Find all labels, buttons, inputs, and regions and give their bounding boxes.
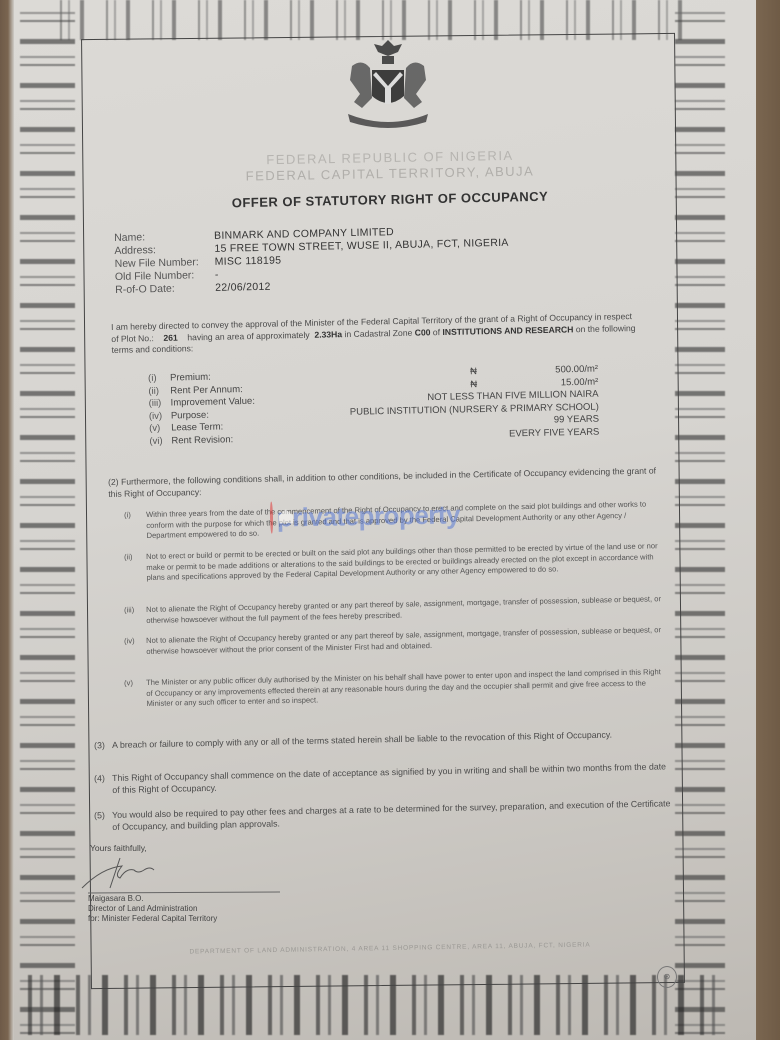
coat-of-arms-icon xyxy=(338,36,438,132)
sub-condition: (ii)Not to erect or build or permit to b… xyxy=(146,541,667,583)
footer-address: DEPARTMENT OF LAND ADMINISTRATION, 4 ARE… xyxy=(180,941,600,955)
terms-list: (i)Premium:₦500.00/m² (ii)Rent Per Annum… xyxy=(148,364,599,448)
document-title: OFFER OF STATUTORY RIGHT OF OCCUPANCY xyxy=(200,188,580,211)
condition-5: (5)You would also be required to pay oth… xyxy=(112,798,672,833)
intro-paragraph: I am hereby directed to convey the appro… xyxy=(111,311,642,357)
plot-number: 261 xyxy=(163,332,178,342)
condition-3: (3)A breach or failure to comply with an… xyxy=(112,728,672,751)
house-logo-icon xyxy=(270,502,273,534)
condition-4: (4)This Right of Occupancy shall commenc… xyxy=(112,761,672,796)
signer-for: for: Minister Federal Capital Territory xyxy=(88,914,217,924)
seal-icon: ⊛ xyxy=(657,966,677,988)
district: INSTITUTIONS AND RESEARCH xyxy=(442,324,573,337)
document-content: FEDERAL REPUBLIC OF NIGERIA FEDERAL CAPI… xyxy=(0,0,780,1040)
sub-condition: (iv)Not to alienate the Right of Occupan… xyxy=(146,625,666,657)
applicant-details: Name:BINMARK AND COMPANY LIMITED Address… xyxy=(114,224,510,297)
plot-area: 2.33Ha xyxy=(314,329,342,340)
sub-condition: (iii)Not to alienate the Right of Occupa… xyxy=(146,594,666,626)
signer-name: Maigasara B.O. xyxy=(88,894,217,904)
watermark: privateproperty xyxy=(270,494,461,537)
sub-condition: (v)The Minister or any public officer du… xyxy=(146,667,667,709)
signer-title: Director of Land Administration xyxy=(88,904,217,914)
cadastral-zone: C00 xyxy=(415,327,431,337)
signer-block: Maigasara B.O. Director of Land Administ… xyxy=(88,894,217,924)
signature-icon xyxy=(80,852,190,894)
